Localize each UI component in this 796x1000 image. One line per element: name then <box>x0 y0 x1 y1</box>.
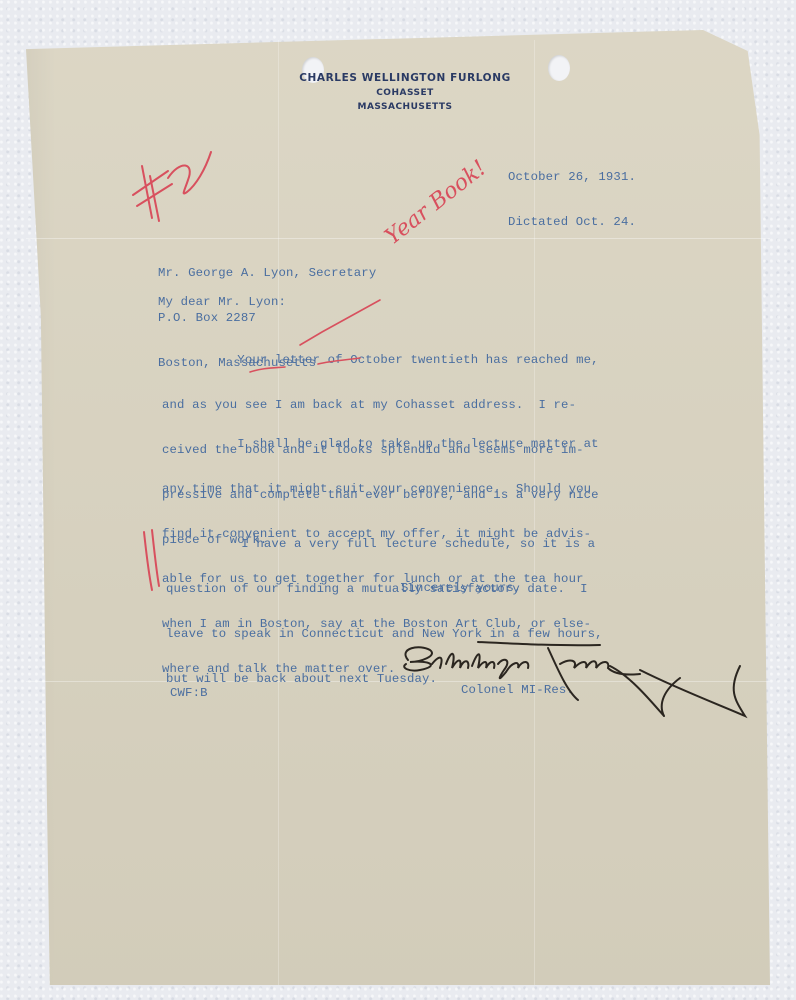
margin-bars-icon <box>144 530 159 590</box>
handwriting-overlay <box>0 0 796 1000</box>
margin-note-stroke-icon <box>250 300 380 372</box>
number-mark-icon <box>133 152 211 221</box>
signature-icon <box>404 642 745 716</box>
